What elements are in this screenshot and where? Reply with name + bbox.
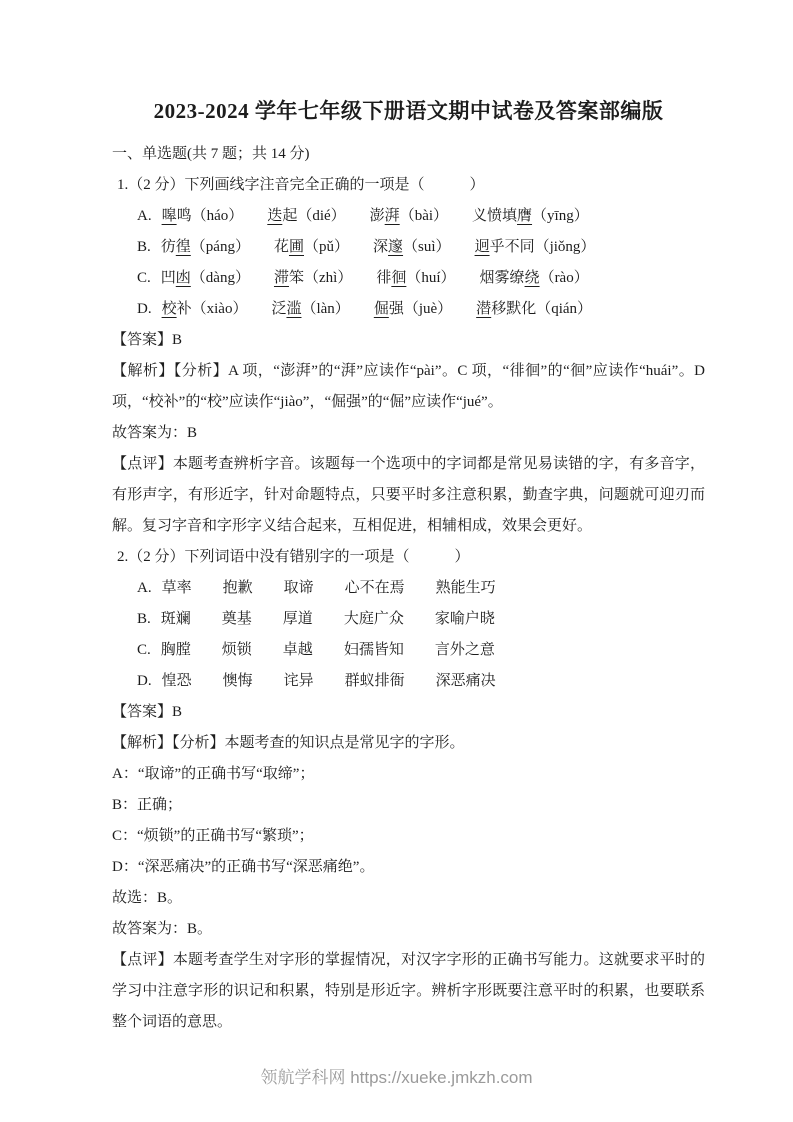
option-row: A.草率抱歉取谛心不在焉熟能生巧 <box>112 573 705 604</box>
underlined-character: 潜 <box>476 301 491 317</box>
underlined-character: 绕 <box>525 270 540 286</box>
underlined-character: 迭 <box>267 208 282 224</box>
option-item: 花圃（pǔ） <box>274 232 349 263</box>
option-item: 惶恐 <box>162 666 192 697</box>
option-item: 抱歉 <box>223 573 253 604</box>
option-item: 滞笨（zhì） <box>274 263 352 294</box>
option-item: 徘徊（huí） <box>376 263 455 294</box>
option-item: 懊悔 <box>223 666 253 697</box>
option-label: A. <box>137 201 152 232</box>
underlined-character: 湃 <box>385 208 400 224</box>
answer-detail-line: 故答案为：B。 <box>112 914 705 945</box>
option-row: D.惶恐懊悔诧异群蚁排衙深恶痛决 <box>112 666 705 697</box>
option-item: 澎湃（bài） <box>370 201 448 232</box>
option-label: D. <box>137 666 152 697</box>
option-row: B.彷徨（páng）花圃（pǔ）深邃（suì）迥乎不同（jiǒng） <box>112 232 705 263</box>
option-item: 斑斓 <box>161 604 191 635</box>
footer-site-name: 领航学科网 <box>260 1068 345 1087</box>
option-item: 烟雾缭绕（rào） <box>480 263 589 294</box>
underlined-character: 校 <box>162 301 177 317</box>
option-item: 迥乎不同（jiǒng） <box>475 232 596 263</box>
option-item: 妇孺皆知 <box>344 635 404 666</box>
option-item: 彷徨（páng） <box>161 232 250 263</box>
section-heading: 一、单选题(共 7 题；共 14 分) <box>112 139 705 170</box>
option-item: 迭起（dié） <box>267 201 345 232</box>
answer-detail-line: 故选：B。 <box>112 883 705 914</box>
comment-paragraph: 【点评】本题考查学生对字形的掌握情况，对汉字字形的正确书写能力。这就要求平时的学… <box>112 945 705 1038</box>
underlined-character: 凼 <box>176 270 191 286</box>
analysis-paragraph: 【解析】【分析】A 项，“澎湃”的“湃”应读作“pài”。C 项，“徘徊”的“徊… <box>112 356 705 418</box>
document-content: 2023-2024 学年七年级下册语文期中试卷及答案部编版 一、单选题(共 7 … <box>0 0 793 1038</box>
footer-url: https://xueke.jmkzh.com <box>350 1068 532 1087</box>
analysis-paragraph: 【解析】【分析】本题考查的知识点是常见字的字形。 <box>112 728 705 759</box>
option-item: 诧异 <box>284 666 314 697</box>
option-item: 凹凼（dàng） <box>161 263 250 294</box>
exam-document-page: 2023-2024 学年七年级下册语文期中试卷及答案部编版 一、单选题(共 7 … <box>0 0 793 1122</box>
underlined-character: 嗥 <box>162 208 177 224</box>
footer-watermark: 领航学科网 https://xueke.jmkzh.com <box>0 1066 793 1090</box>
underlined-character: 邃 <box>388 239 403 255</box>
answer-line: 【答案】B <box>112 325 705 356</box>
question-stem: 2.（2 分）下列词语中没有错别字的一项是（ ） <box>112 542 705 573</box>
option-item: 倔强（juè） <box>374 294 452 325</box>
option-label: C. <box>137 263 151 294</box>
option-item: 草率 <box>162 573 192 604</box>
question-stem: 1.（2 分）下列画线字注音完全正确的一项是（ ） <box>112 170 705 201</box>
answer-detail-line: C：“烦锁”的正确书写“繁琐”； <box>112 821 705 852</box>
option-label: A. <box>137 573 152 604</box>
underlined-character: 滥 <box>286 301 301 317</box>
answer-detail-line: A：“取谛”的正确书写“取缔”； <box>112 759 705 790</box>
answer-detail-line: B：正确； <box>112 790 705 821</box>
underlined-character: 圃 <box>289 239 304 255</box>
option-item: 群蚁排衙 <box>345 666 405 697</box>
option-row: C.胸膛烦锁卓越妇孺皆知言外之意 <box>112 635 705 666</box>
option-item: 家喻户晓 <box>435 604 495 635</box>
option-row: D.校补（xiào）泛滥（làn）倔强（juè）潜移默化（qián） <box>112 294 705 325</box>
underlined-character: 滞 <box>274 270 289 286</box>
option-item: 卓越 <box>283 635 313 666</box>
option-item: 深恶痛决 <box>436 666 496 697</box>
underlined-character: 膺 <box>517 208 532 224</box>
option-label: C. <box>137 635 151 666</box>
answer-detail-line: D：“深恶痛决”的正确书写“深恶痛绝”。 <box>112 852 705 883</box>
option-item: 深邃（suì） <box>373 232 451 263</box>
option-item: 大庭广众 <box>344 604 404 635</box>
answer-detail-line: 故答案为：B <box>112 418 705 449</box>
answer-line: 【答案】B <box>112 697 705 728</box>
questions-container: 1.（2 分）下列画线字注音完全正确的一项是（ ）A.嗥鸣（háo）迭起（dié… <box>112 170 705 1038</box>
option-item: 言外之意 <box>435 635 495 666</box>
option-label: D. <box>137 294 152 325</box>
option-item: 胸膛 <box>161 635 191 666</box>
option-item: 取谛 <box>284 573 314 604</box>
comment-paragraph: 【点评】本题考查辨析字音。该题每一个选项中的字词都是常见易读错的字，有多音字，有… <box>112 449 705 542</box>
underlined-character: 徨 <box>176 239 191 255</box>
option-row: C.凹凼（dàng）滞笨（zhì）徘徊（huí）烟雾缭绕（rào） <box>112 263 705 294</box>
option-item: 熟能生巧 <box>436 573 496 604</box>
option-item: 烦锁 <box>222 635 252 666</box>
option-item: 奠基 <box>222 604 252 635</box>
underlined-character: 徊 <box>391 270 406 286</box>
option-label: B. <box>137 232 151 263</box>
underlined-character: 迥 <box>475 239 490 255</box>
option-row: A.嗥鸣（háo）迭起（dié）澎湃（bài）义愤填膺（yīng） <box>112 201 705 232</box>
option-item: 义愤填膺（yīng） <box>472 201 589 232</box>
option-label: B. <box>137 604 151 635</box>
option-item: 泛滥（làn） <box>271 294 349 325</box>
option-item: 潜移默化（qián） <box>476 294 592 325</box>
option-item: 心不在焉 <box>345 573 405 604</box>
option-row: B.斑斓奠基厚道大庭广众家喻户晓 <box>112 604 705 635</box>
underlined-character: 倔 <box>374 301 389 317</box>
option-item: 嗥鸣（háo） <box>162 201 244 232</box>
option-item: 校补（xiào） <box>162 294 248 325</box>
page-title: 2023-2024 学年七年级下册语文期中试卷及答案部编版 <box>112 96 705 126</box>
option-item: 厚道 <box>283 604 313 635</box>
